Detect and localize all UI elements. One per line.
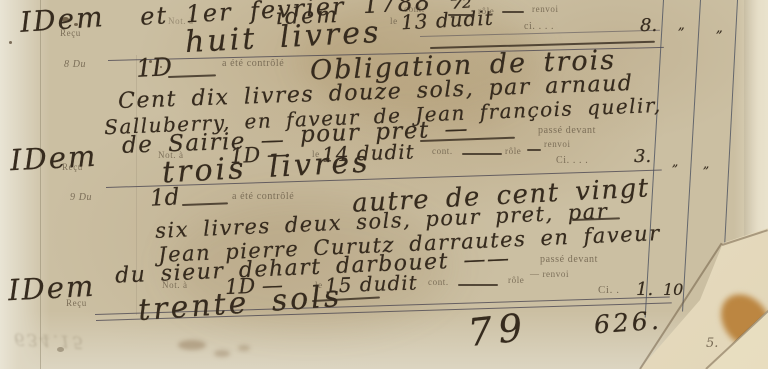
- col-sols-value-2: „: [672, 155, 678, 169]
- ditto-mark-9: 1d: [149, 184, 180, 212]
- renvoi-label-2: renvoi: [544, 139, 571, 149]
- cont-dash-1: [448, 14, 474, 16]
- entry-number-label-9: 9 Du: [70, 192, 92, 203]
- cont-label-2: cont.: [432, 146, 453, 156]
- col-livres-value-1: 8.: [640, 15, 657, 36]
- col-livres-value-3: 1.: [636, 279, 653, 300]
- controlled-label-9: a été contrôlé: [232, 191, 294, 202]
- ditto-mark-8: 1D: [135, 52, 172, 83]
- passed-before-label-8: passé devant: [538, 125, 596, 136]
- role-label-2: rôle: [505, 146, 521, 156]
- col-sols-value-1: „: [678, 18, 685, 33]
- folio-number: 626.: [593, 306, 663, 340]
- ditto-dash-9: [182, 202, 228, 206]
- margin-note-idem-1: IDem: [19, 0, 106, 39]
- renvoi-label-1: renvoi: [532, 4, 559, 14]
- col-sols-value-3: 10: [663, 280, 683, 299]
- bottom-smudge: [214, 350, 230, 357]
- flap-pen-mark: 5.: [706, 336, 718, 351]
- bottom-smudge: [238, 345, 250, 351]
- left-fold-crease: [40, 0, 41, 369]
- ditto-dash-8: [168, 74, 216, 78]
- bleedthrough-number: 634.15: [14, 328, 86, 352]
- renvoi-label-3: — renvoi: [530, 269, 569, 279]
- column-line-sols: [682, 0, 701, 312]
- ci-label-3: Ci. .: [598, 284, 620, 296]
- register-page: 634.15 et 1er fevrier 1788 ½ Not. à idem…: [0, 0, 768, 369]
- role-label-3: rôle: [508, 275, 524, 285]
- cont-dash-2: [462, 153, 502, 155]
- role-dash-2: [527, 149, 541, 151]
- margin-note-idem-3: IDem: [7, 269, 96, 308]
- margin-note-idem-2: IDem: [9, 139, 98, 178]
- day-reference-1: 13 dudit: [400, 6, 494, 35]
- role-dash-1: [502, 11, 524, 13]
- tally-numeral: 79: [466, 305, 531, 355]
- col-deniers-value-2: „: [703, 157, 709, 171]
- bottom-smudge: [178, 340, 206, 350]
- col-deniers-value-1: „: [716, 21, 723, 36]
- ink-speck: [9, 41, 12, 44]
- controlled-label-8: a été contrôlé: [222, 58, 284, 69]
- ci-label-2: Ci. . . .: [556, 155, 588, 166]
- ci-label-1: ci. . . .: [524, 21, 554, 32]
- cont-label-3: cont.: [428, 277, 449, 287]
- entry-number-label-8: 8 Du: [64, 59, 86, 70]
- passed-before-label-9: passé devant: [540, 254, 598, 265]
- cont-dash-3: [458, 284, 498, 286]
- page-edge-band: [744, 0, 768, 240]
- col-livres-value-2: 3.: [634, 146, 651, 167]
